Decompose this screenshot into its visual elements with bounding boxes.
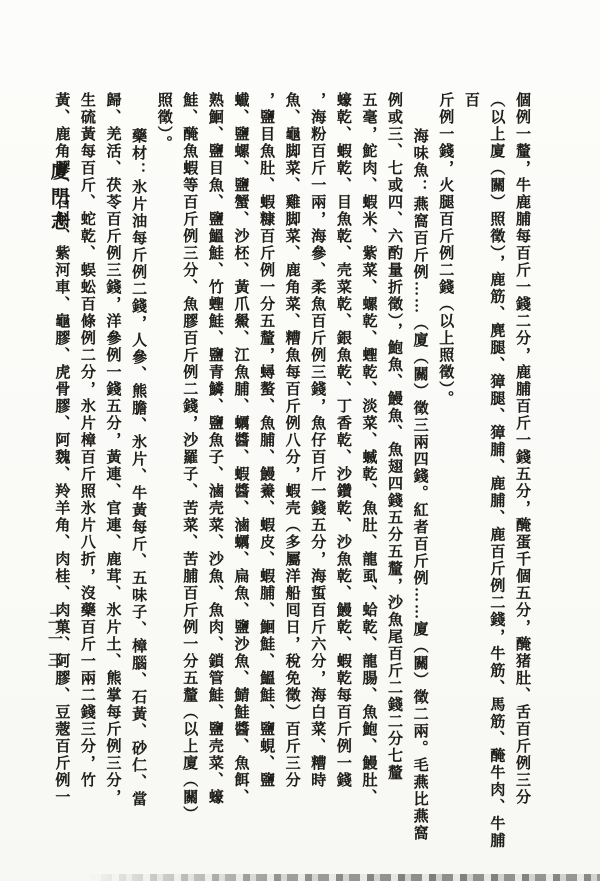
text-column: 熟鮰、鹽目魚、鹽鰮鮭、竹蟶鮭、鹽青鱗、鹽魚子、滷壳菜、沙魚、魚肉、鎖管鮭、鹽壳菜… [201, 92, 227, 856]
text-column: 藥材：氷片油每斤例二錢，人參、熊膽、氷片、牛黃每斤、五味子、樟腦、石黃、砂仁、當 [125, 92, 151, 856]
text-column: 照徵）。 [150, 92, 176, 856]
text-column: 歸、羌活、茯苓百斤例三錢，洋參例一錢五分，黃連、官連、鹿茸、氷片土、熊掌每斤例三… [99, 92, 125, 856]
text-column: 生硫黃每百斤、蛇乾、蜈蚣百條例二分，氷片樟百斤照氷片八折，沒藥百斤一兩二錢三分，… [73, 92, 99, 856]
book-title: 廈門志 [46, 162, 72, 237]
text-column: 海味魚：燕窩百斤例……（廈（關）徵三兩四錢。紅者百斤例……廈（關）徵二兩。毛燕比… [406, 92, 432, 856]
text-column: 魚、龜脚菜、雞脚菜、鹿角菜、糟魚每百斤例八分，蝦壳（多屬洋船囘日，稅免徵）百斤三… [278, 92, 304, 856]
text-column: 蠔乾、蝦乾、目魚乾、壳菜乾、銀魚乾、丁香乾、沙鑽乾、沙魚乾、鰻乾、蝦乾每百斤例一… [329, 92, 355, 856]
text-column: 鮭、醃魚蝦等百斤例三分、魚膠百斤例二錢，沙羅子、苦菜、苦脯百斤例一分五釐（以上廈… [176, 92, 202, 856]
text-column: ，海粉百斤一兩，海參、柔魚百斤例三錢，魚仔百斤一錢五分，海蜇百斤六分，海白菜、糟… [304, 92, 330, 856]
scanned-book-page: 個例一釐，牛鹿脯每百斤一錢二分，鹿脯百斤一錢五分，醃蛋千個五分，醃猪肚、舌百斤例… [0, 0, 600, 881]
page-number: 二一三 [44, 610, 65, 673]
text-column: ，鹽目魚肚、蝦糠百斤例一分五釐，蟳螯、魚脯、鰻鯗、蝦皮、蝦脯、鮰鮭、鰮鮭、鹽蜆、… [252, 92, 278, 856]
text-column: （以上廈（關）照徵），鹿筋、麂腿、獐腿、獐脯、鹿脯、鹿百斤例二錢，牛筋、馬筋、醃… [457, 92, 508, 856]
text-column: 個例一釐，牛鹿脯每百斤一錢二分，鹿脯百斤一錢五分，醃蛋千個五分，醃猪肚、舌百斤例… [508, 92, 534, 856]
main-text-block: 個例一釐，牛鹿脯每百斤一錢二分，鹿脯百斤一錢五分，醃蛋千個五分，醃猪肚、舌百斤例… [72, 92, 534, 856]
text-column: 五毫，鮀肉、蝦米、紫菜、螺乾、蟶乾、淡菜、蝛乾、魚肚、龍虱、蛤乾、龍腸、魚鮑、鰻… [355, 92, 381, 856]
text-column: 例或三、七或四、六酌量折徵），鮑魚、鰻魚、魚翅四錢五分五釐，沙魚尾百斤二錢二分七… [380, 92, 406, 856]
scan-edge-artifact [88, 874, 600, 881]
text-column: 斤例一錢，火腿百斤例二錢（以上照徵）。 [432, 92, 458, 856]
text-column: 蠘、鹽螺、鹽蟹、沙柸、黃爪鱟、江魚脯、蠣醬、蝦醬、滷蠣、扁魚、鹽沙魚、鯖鮭醬、魚… [227, 92, 253, 856]
